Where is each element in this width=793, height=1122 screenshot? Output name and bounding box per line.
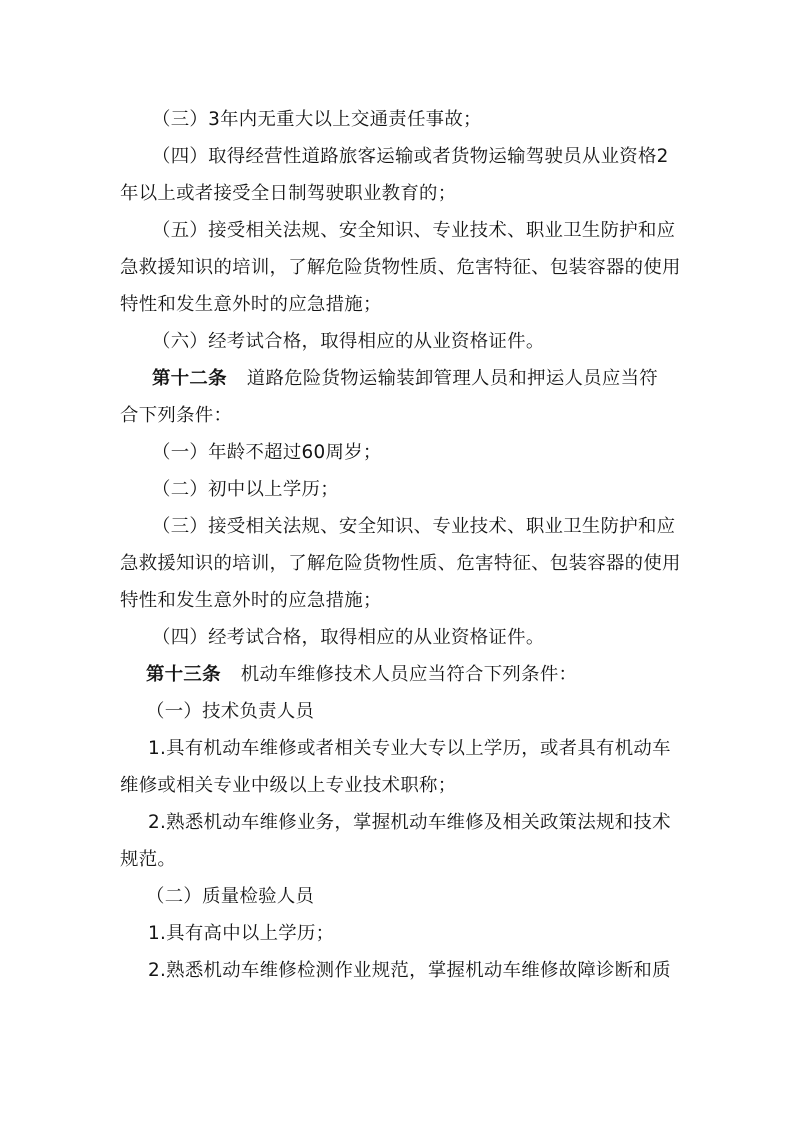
text-line: 规范。 [120, 848, 176, 872]
article-heading-line: 第十二条道路危险货物运输装卸管理人员和押运人员应当符 [152, 367, 658, 391]
article-number: 第十二条 [152, 368, 227, 389]
text-line: （三）接受相关法规、安全知识、专业技术、职业卫生防护和应 [152, 515, 675, 539]
text-line: （五）接受相关法规、安全知识、专业技术、职业卫生防护和应 [152, 219, 675, 243]
text-line: （四）经考试合格，取得相应的从业资格证件。 [152, 626, 545, 650]
text-line: 1.具有高中以上学历； [148, 922, 334, 946]
document-page: （三）3年内无重大以上交通责任事故； （四）取得经营性道路旅客运输或者货物运输驾… [0, 0, 793, 1122]
text-line: 合下列条件： [120, 404, 232, 428]
article-heading-line: 第十三条机动车维修技术人员应当符合下列条件： [146, 663, 577, 687]
text-line: 维修或相关专业中级以上专业技术职称； [120, 774, 456, 798]
text-line: （六）经考试合格，取得相应的从业资格证件。 [152, 330, 545, 354]
text-line: （四）取得经营性道路旅客运输或者货物运输驾驶员从业资格2 [152, 145, 669, 169]
text-line: （一）技术负责人员 [146, 700, 314, 724]
text-line: 2.熟悉机动车维修检测作业规范，掌握机动车维修故障诊断和质 [148, 959, 671, 983]
text-line: （二）质量检验人员 [146, 885, 314, 909]
text-line: 特性和发生意外时的应急措施； [120, 589, 382, 613]
text-line: 急救援知识的培训，了解危险货物性质、危害特征、包装容器的使用 [120, 552, 681, 576]
text-line: （二）初中以上学历； [152, 478, 339, 502]
text-line: （一）年龄不超过60周岁； [152, 441, 382, 465]
text-line: 1.具有机动车维修或者相关专业大专以上学历，或者具有机动车 [148, 737, 671, 761]
article-number: 第十三条 [146, 664, 221, 685]
text-line: 年以上或者接受全日制驾驶职业教育的； [120, 182, 456, 206]
text-line: 急救援知识的培训，了解危险货物性质、危害特征、包装容器的使用 [120, 256, 681, 280]
text-line: 2.熟悉机动车维修业务，掌握机动车维修及相关政策法规和技术 [148, 811, 671, 835]
text-line: 特性和发生意外时的应急措施； [120, 293, 382, 317]
text-line: （三）3年内无重大以上交通责任事故； [152, 108, 482, 132]
